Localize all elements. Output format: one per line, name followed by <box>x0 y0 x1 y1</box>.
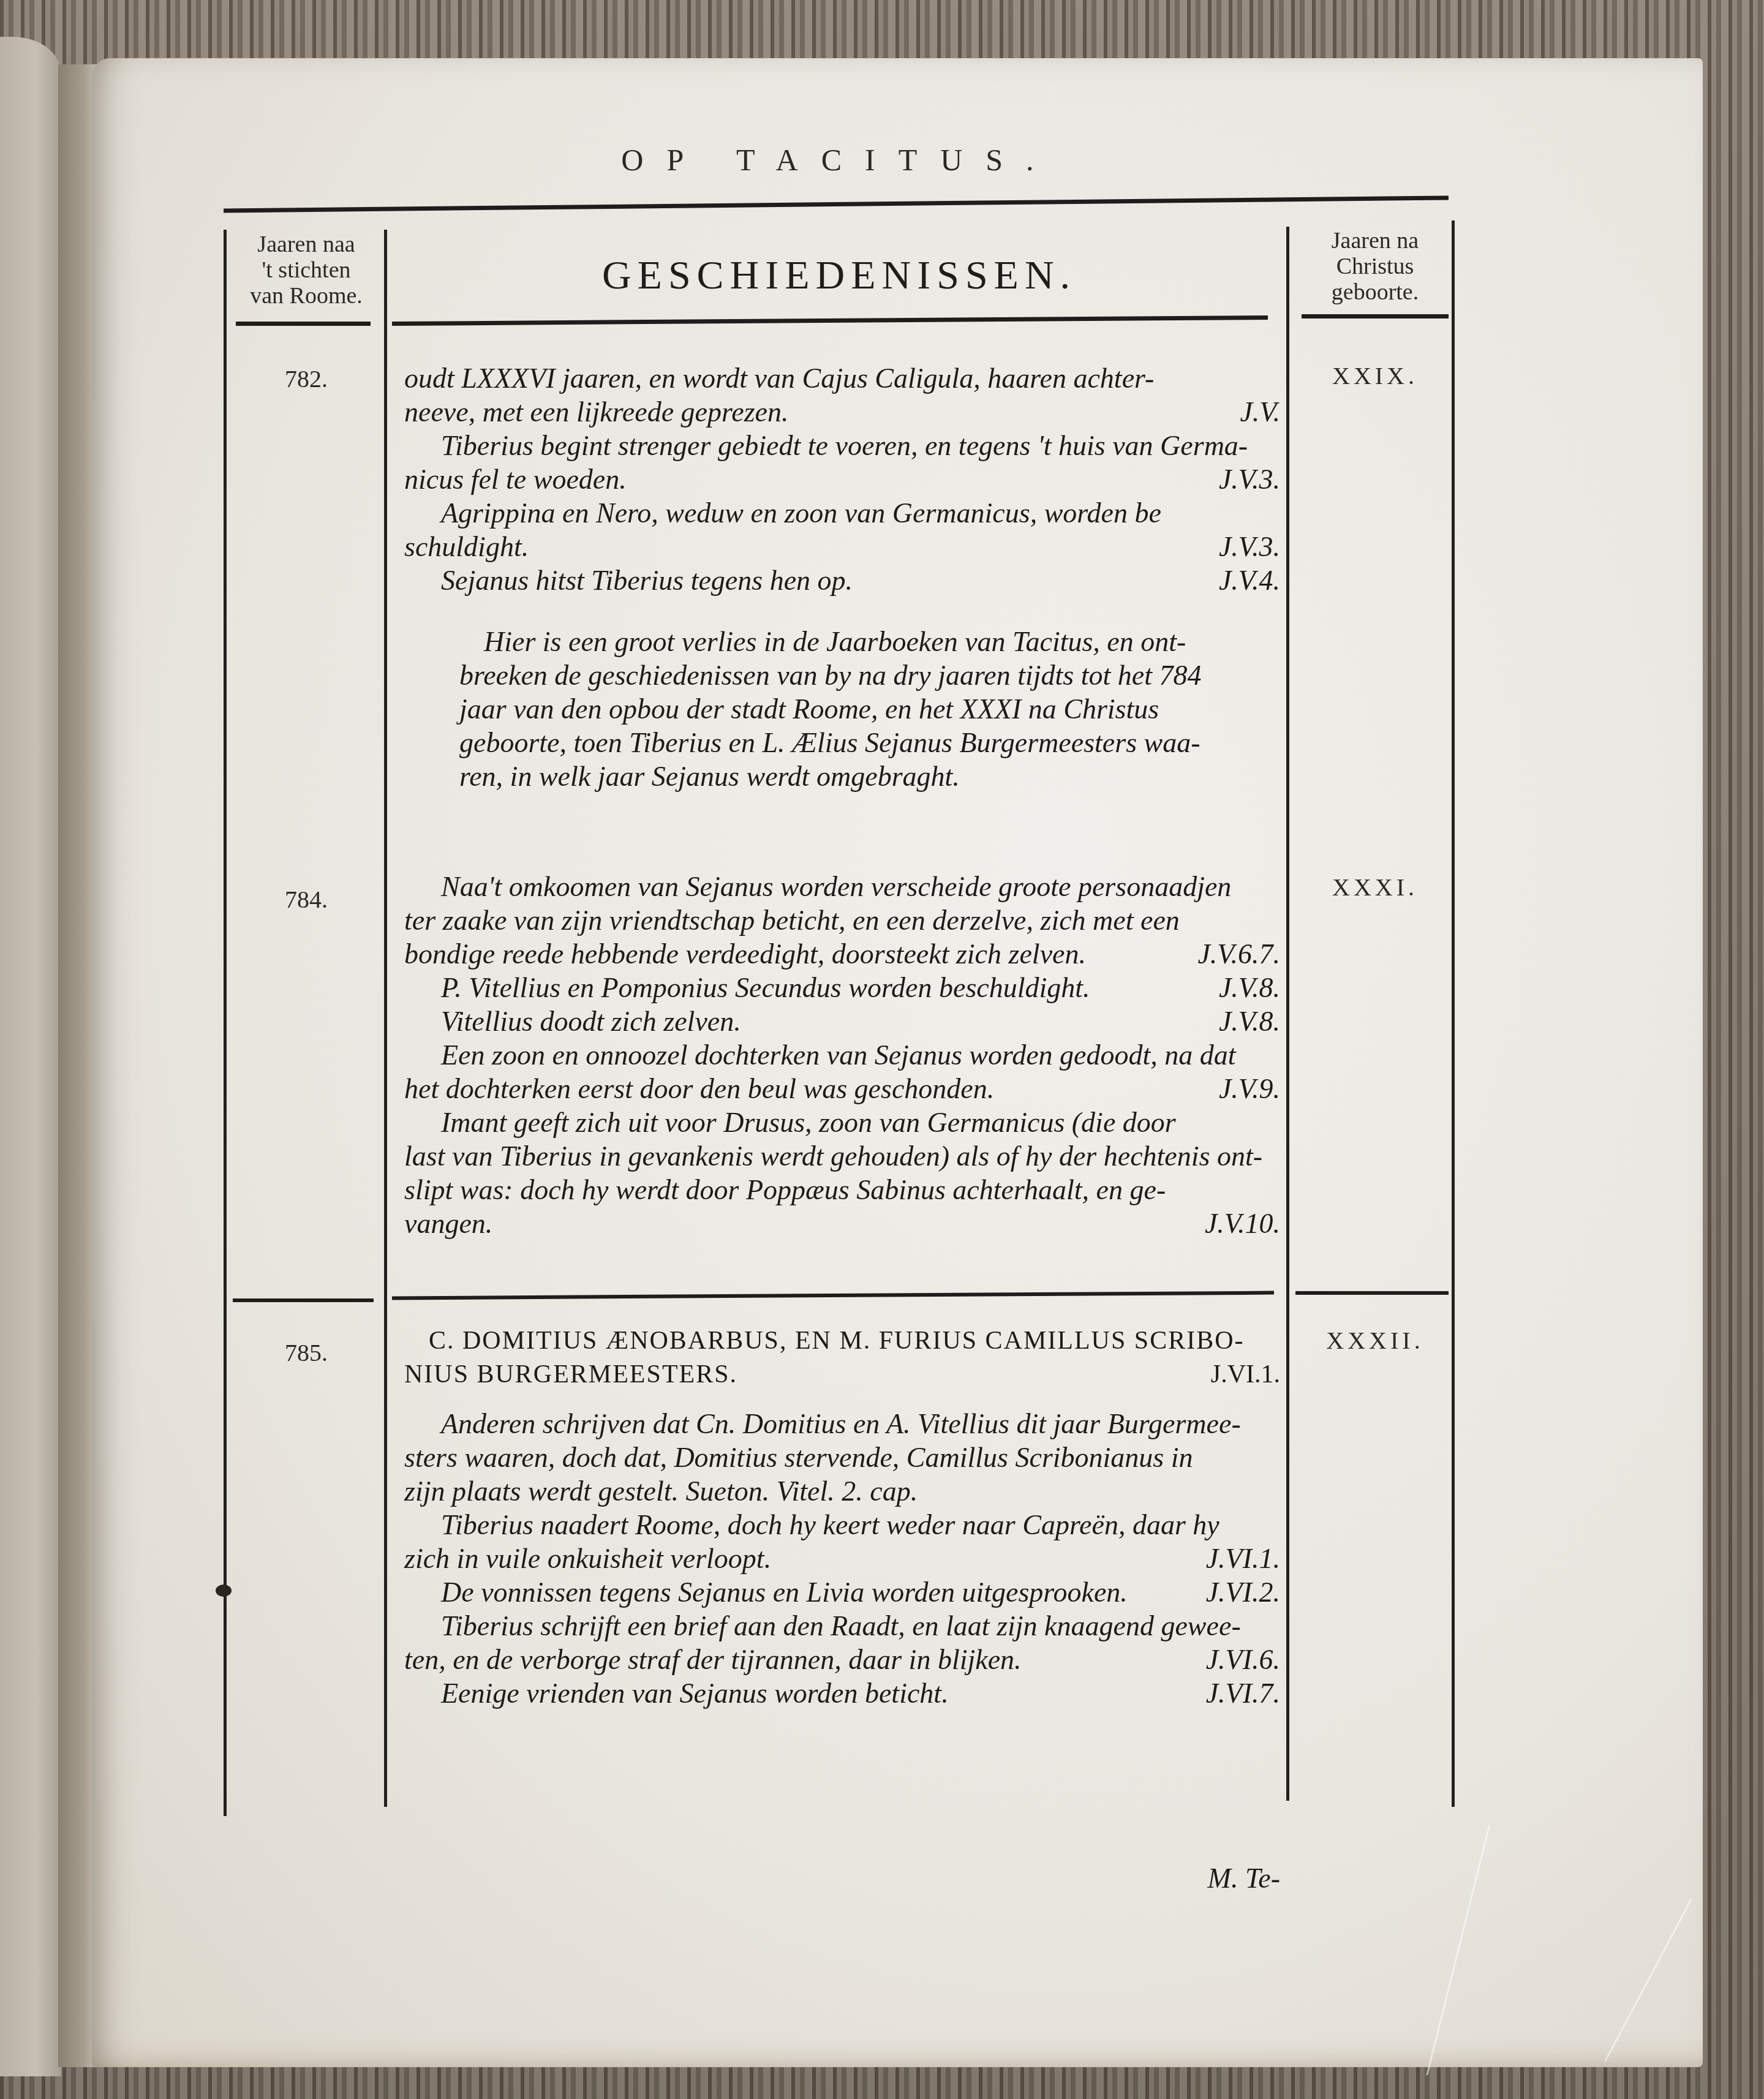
source-reference: J.V.6.7. <box>1197 937 1280 971</box>
column-rule <box>1452 220 1455 1807</box>
source-reference: J.V.8. <box>1219 971 1280 1004</box>
history-entry: Een zoon en onnoozel dochterken van Seja… <box>404 1038 1280 1106</box>
header-rule-left <box>236 322 371 326</box>
center-column-header: GESCHIEDENISSEN. <box>392 252 1286 299</box>
year-rome: 784. <box>233 885 380 914</box>
right-column-header: Jaaren na Christus geboorte. <box>1292 228 1458 305</box>
facing-page-edge <box>0 37 61 2076</box>
source-reference: J.V.9. <box>1219 1072 1280 1106</box>
left-column-header: Jaaren naa 't stichten van Roome. <box>233 232 380 309</box>
source-reference: J.VI.1. <box>1211 1358 1280 1392</box>
column-rule <box>384 230 387 1807</box>
year-christ: XXXII. <box>1292 1326 1458 1355</box>
history-entry: C. DOMITIUS ÆNOBARBUS, EN M. FURIUS CAMI… <box>404 1324 1280 1392</box>
source-reference: J.V.10. <box>1205 1207 1280 1240</box>
source-reference: J.VI.7. <box>1206 1676 1280 1710</box>
history-entry: P. Vitellius en Pomponius Secundus worde… <box>404 971 1280 1004</box>
source-reference: J.V.3. <box>1219 462 1280 496</box>
history-entry: Naa't omkoomen van Sejanus worden versch… <box>404 870 1280 971</box>
row-782-entries: oudt LXXXVI jaaren, en wordt van Cajus C… <box>404 361 1280 793</box>
source-reference: J.V.8. <box>1219 1004 1280 1038</box>
history-entry: Tiberius naadert Roome, doch hy keert we… <box>404 1508 1280 1575</box>
row-divider <box>233 1298 374 1302</box>
source-reference: J.V. <box>1240 395 1280 429</box>
year-christ: XXXI. <box>1292 873 1458 902</box>
row-divider <box>1295 1291 1449 1295</box>
history-entry: Anderen schrijven dat Cn. Domitius en A.… <box>404 1407 1280 1508</box>
history-entry: Tiberius schrijft een brief aan den Raad… <box>404 1609 1280 1676</box>
history-entry: Imant geeft zich uit voor Drusus, zoon v… <box>404 1106 1280 1240</box>
year-christ: XXIX. <box>1292 361 1458 390</box>
history-entry: De vonnissen tegens Sejanus en Livia wor… <box>404 1575 1280 1609</box>
ink-spot <box>216 1585 232 1597</box>
column-rule <box>1286 227 1289 1801</box>
editorial-note: Hier is een groot verlies in de Jaarboek… <box>404 625 1280 793</box>
row-785-entries: C. DOMITIUS ÆNOBARBUS, EN M. FURIUS CAMI… <box>404 1324 1280 1710</box>
row-784-entries: Naa't omkoomen van Sejanus worden versch… <box>404 870 1280 1240</box>
catchword: M. Te- <box>1194 1862 1280 1894</box>
source-reference: J.V.4. <box>1219 563 1280 597</box>
column-rule <box>224 230 227 1816</box>
source-reference: J.VI.2. <box>1206 1575 1280 1609</box>
header-rule-right <box>1302 314 1449 318</box>
history-entry: Eenige vrienden van Sejanus worden betic… <box>404 1676 1280 1710</box>
year-rome: 782. <box>233 364 380 393</box>
history-entry: oudt LXXXVI jaaren, en wordt van Cajus C… <box>404 361 1280 429</box>
source-reference: J.VI.1. <box>1206 1542 1280 1575</box>
source-reference: J.VI.6. <box>1206 1643 1280 1676</box>
history-entry: Sejanus hitst Tiberius tegens hen op. J.… <box>404 563 1280 597</box>
history-entry: Agrippina en Nero, weduw en zoon van Ger… <box>404 496 1280 563</box>
running-head: OP TACITUS. <box>563 142 1115 178</box>
year-rome: 785. <box>233 1338 380 1367</box>
source-reference: J.V.3. <box>1219 530 1280 563</box>
history-entry: Vitellius doodt zich zelven. J.V.8. <box>404 1004 1280 1038</box>
history-entry: Tiberius begint strenger gebiedt te voer… <box>404 429 1280 496</box>
